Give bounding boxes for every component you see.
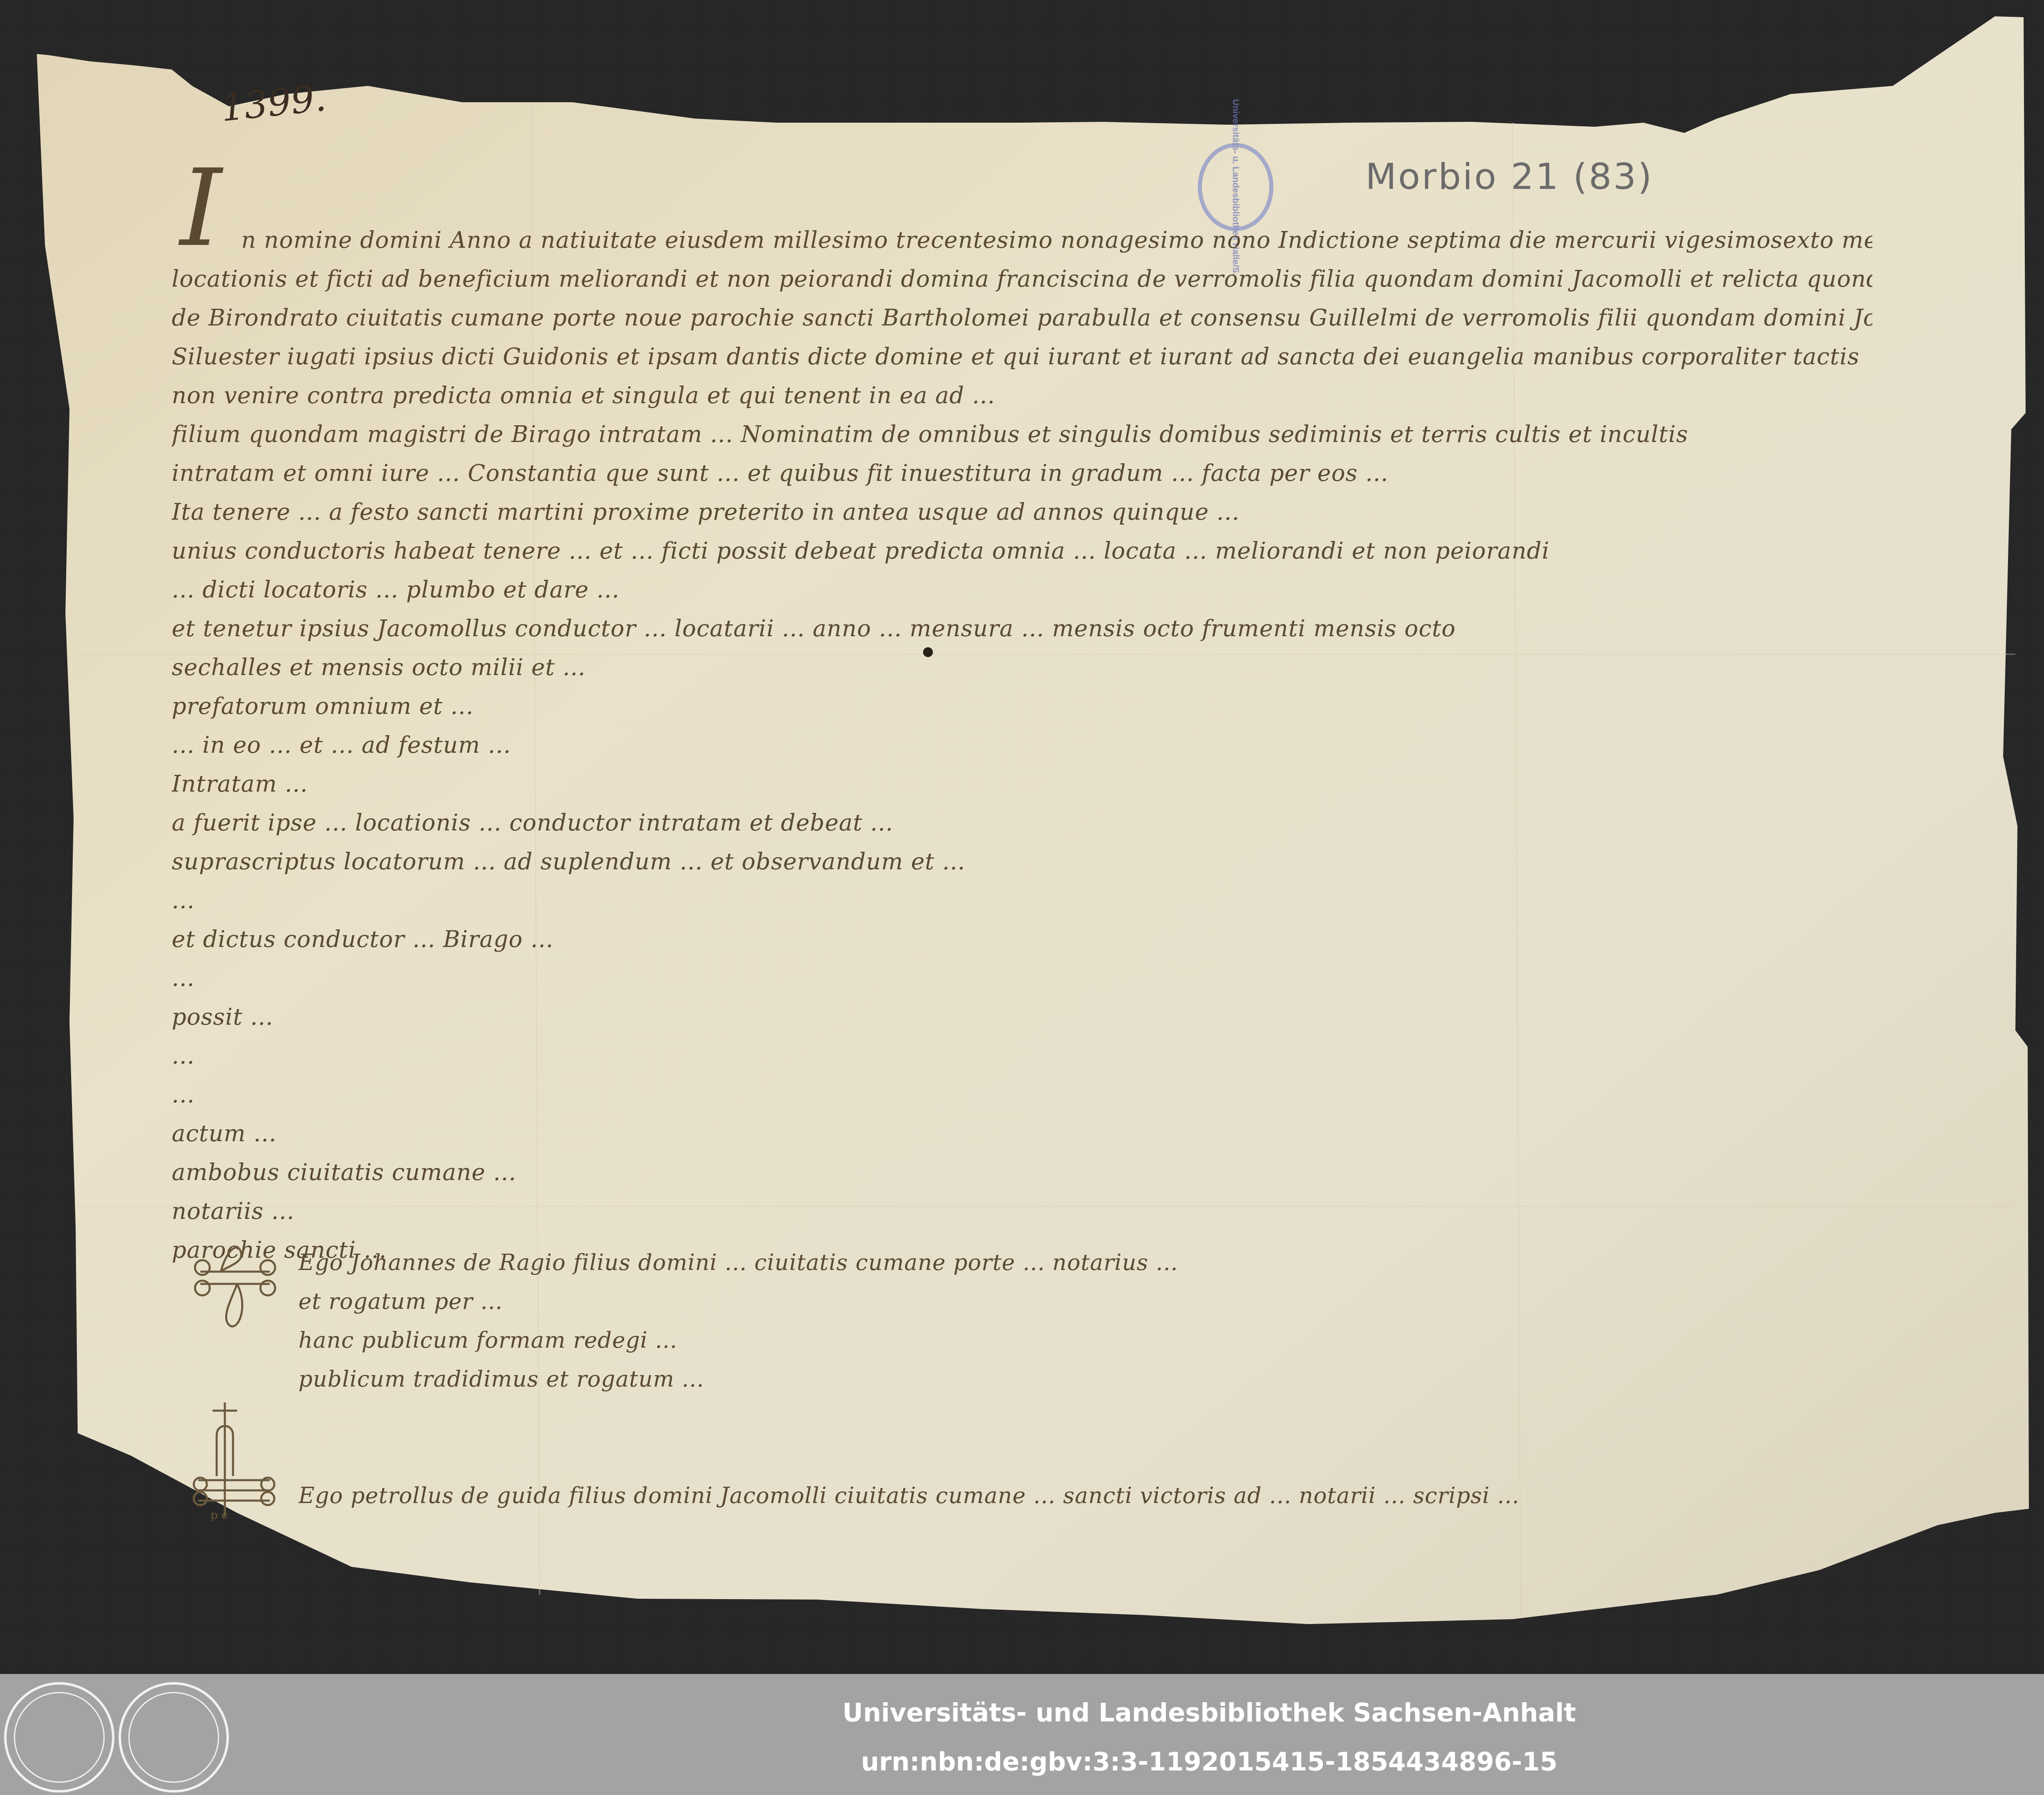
text-line: non venire contra predicta omnia et sing…: [172, 376, 1872, 415]
text-line: ...: [172, 959, 1872, 998]
text-line: et dictus conductor ... Birago ...: [172, 920, 1872, 959]
notary-cross-signum-icon: p c: [188, 1398, 282, 1521]
text-line: et tenetur ipsius Jacomollus conductor .…: [172, 609, 1872, 648]
text-line: possit ...: [172, 998, 1872, 1037]
notary-signum-icon: [188, 1243, 282, 1337]
institution-name: Universitäts- und Landesbibliothek Sachs…: [0, 1698, 2044, 1728]
text-line: actum ...: [172, 1114, 1872, 1153]
text-line: ...: [172, 881, 1872, 920]
text-line: prefatorum omnium et ...: [172, 687, 1872, 726]
signum-initials: p c: [211, 1508, 228, 1521]
text-line: ...: [172, 1075, 1872, 1114]
text-line: unius conductoris habeat tenere ... et .…: [172, 532, 1872, 570]
text-line: de Birondrato ciuitatis cumane porte nou…: [172, 298, 1872, 337]
text-line: Ita tenere ... a festo sancti martini pr…: [172, 493, 1872, 532]
text-line: Intratam ...: [172, 765, 1872, 803]
text-line: hanc publicum formam redegi ...: [298, 1321, 1178, 1360]
text-line: intratam et omni iure ... Constantia que…: [172, 454, 1872, 493]
text-line: publicum tradidimus et rogatum ...: [298, 1360, 1178, 1398]
text-line: ... in eo ... et ... ad festum ...: [172, 726, 1872, 765]
text-line: Ego petrollus de guida filius domini Jac…: [298, 1476, 1520, 1515]
text-line: a fuerit ipse ... locationis ... conduct…: [172, 803, 1872, 842]
text-line: ...: [172, 1037, 1872, 1075]
text-line: Siluester iugati ipsius dicti Guidonis e…: [172, 337, 1872, 376]
text-line: suprascriptus locatorum ... ad suplendum…: [172, 842, 1872, 881]
text-line: locationis et ficti ad beneficium melior…: [172, 260, 1872, 298]
library-stamp: Universitäts- u. Landesbibliothek Halle/…: [1198, 143, 1273, 231]
charter-text-body: n nomine domini Anno a natiuitate eiusde…: [172, 221, 1872, 1270]
text-line: ... dicti locatoris ... plumbo et dare .…: [172, 570, 1872, 609]
text-line: ambobus ciuitatis cumane ...: [172, 1153, 1872, 1192]
footer-banner: Universitäts- und Landesbibliothek Sachs…: [0, 1674, 2044, 1795]
text-line: sechalles et mensis octo milii et ...: [172, 648, 1872, 687]
text-line: et rogatum per ...: [298, 1282, 1178, 1321]
text-line: n nomine domini Anno a natiuitate eiusde…: [172, 221, 1872, 260]
urn-identifier: urn:nbn:de:gbv:3:3-1192015415-1854434896…: [0, 1747, 2044, 1777]
text-line: notariis ...: [172, 1192, 1872, 1231]
shelfmark-annotation: Morbio 21 (83): [1365, 155, 1654, 197]
text-line: Ego Johannes de Ragio filius domini ... …: [298, 1243, 1178, 1282]
text-line: filium quondam magistri de Birago intrat…: [172, 415, 1872, 454]
